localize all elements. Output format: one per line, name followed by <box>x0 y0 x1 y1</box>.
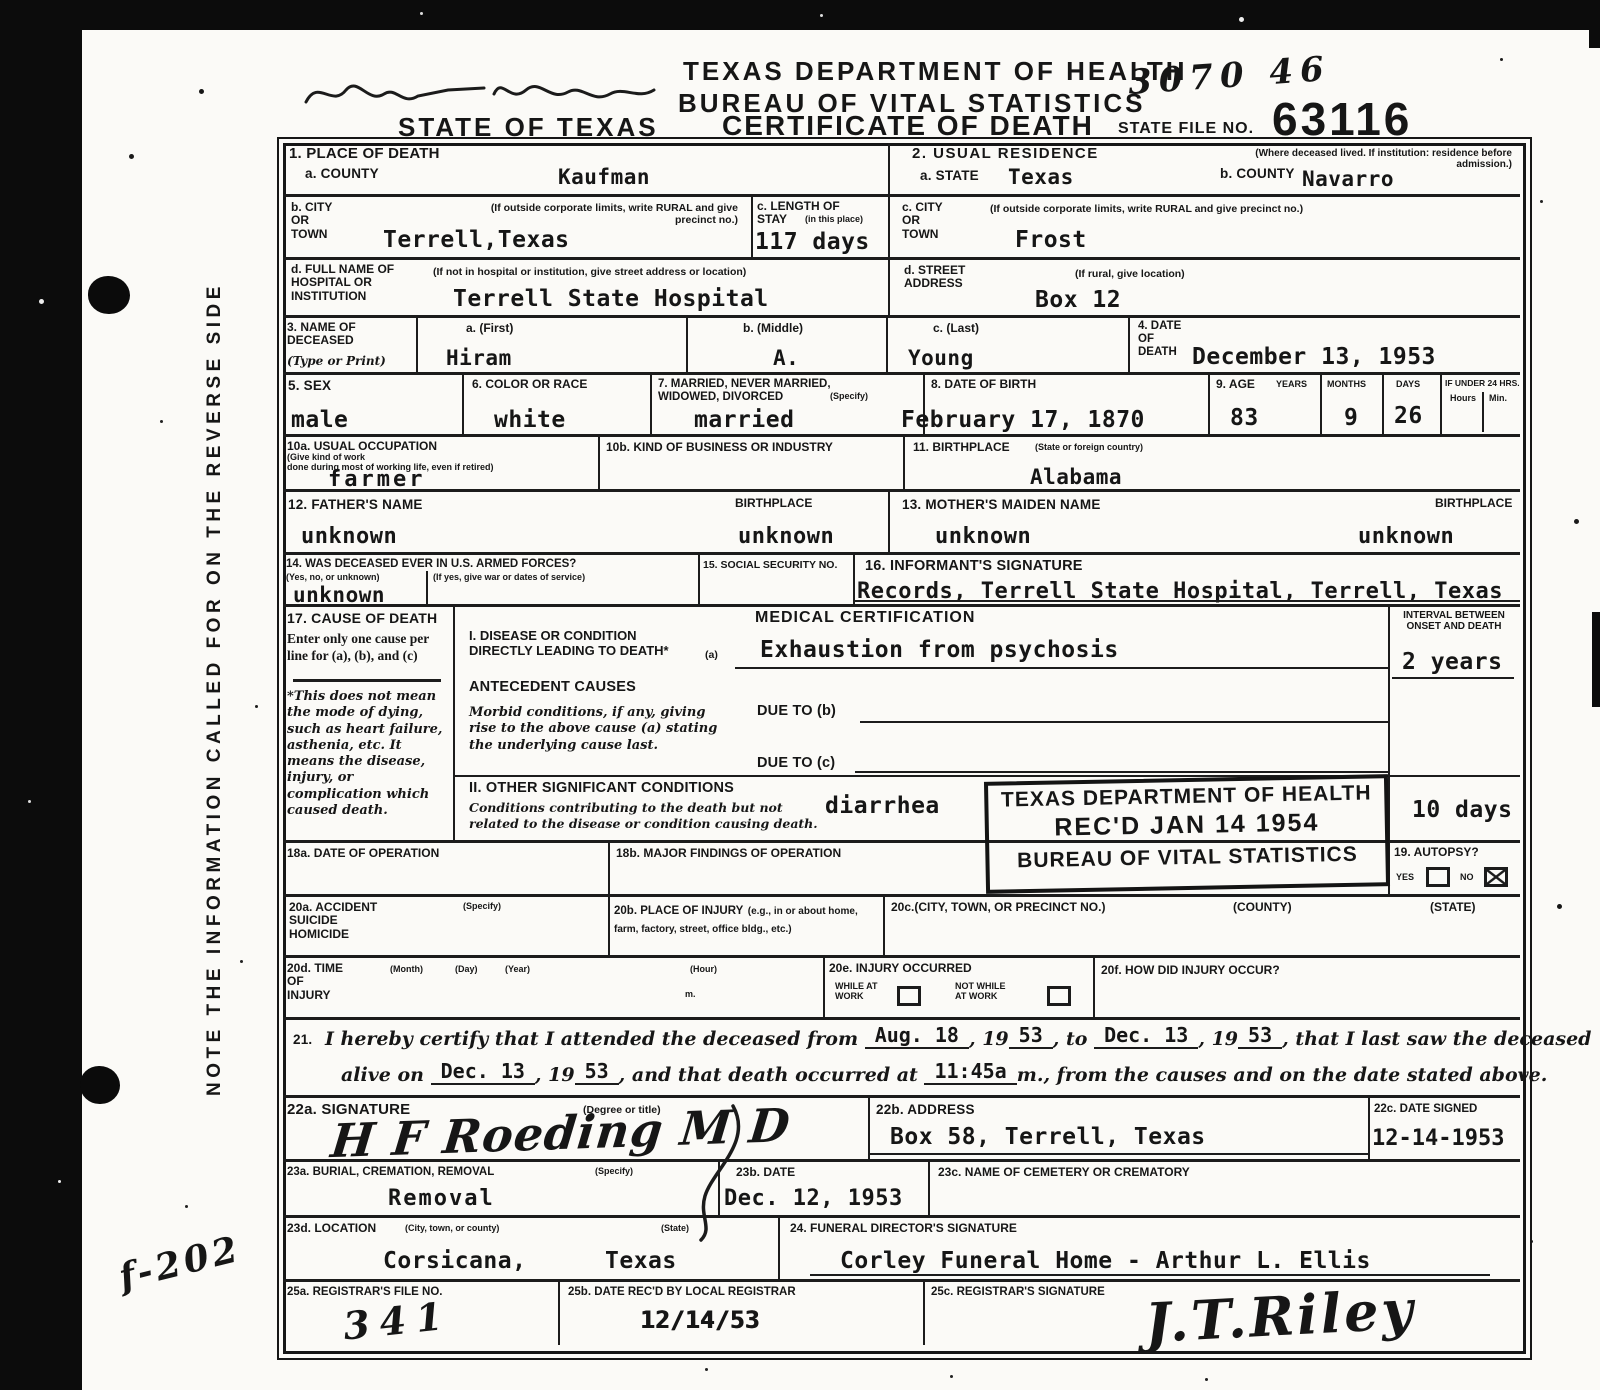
certify-text-7: , 19 <box>535 1064 575 1086</box>
field-date-of-birth: 8. DATE OF BIRTH February 17, 1870 <box>925 375 1210 437</box>
scan-edge-right-mid <box>1592 612 1600 707</box>
scan-edge-left <box>0 0 82 1390</box>
burial-label: 23a. BURIAL, CREMATION, REMOVAL <box>287 1166 494 1179</box>
field-cemetery-name: 23c. NAME OF CEMETERY OR CREMATORY <box>930 1162 1520 1218</box>
injury-state-label: (STATE) <box>1430 901 1476 914</box>
state-file-number: 63116 <box>1272 92 1412 146</box>
stamp-line2: REC'D JAN 14 1954 <box>989 807 1385 844</box>
disease-a-tag: (a) <box>705 649 718 661</box>
date-of-operation-label: 18a. DATE OF OPERATION <box>287 847 439 860</box>
field-date-of-operation: 18a. DATE OF OPERATION <box>283 843 610 897</box>
cause-divider <box>293 679 441 682</box>
antecedent-note: Morbid conditions, if any, giving rise t… <box>469 705 717 754</box>
field-burial-location: 23d. LOCATION (City, town, or county) (S… <box>283 1218 780 1282</box>
residence-city-label: c. CITY OR TOWN <box>902 201 943 241</box>
interval-label: INTERVAL BETWEEN ONSET AND DEATH <box>1390 610 1518 632</box>
city-note: (If outside corporate limits, write RURA… <box>378 202 738 226</box>
field-color-or-race: 6. COLOR OR RACE white <box>464 375 652 437</box>
father-birthplace-value: unknown <box>738 524 834 549</box>
field-industry: 10b. KIND OF BUSINESS OR INDUSTRY <box>600 437 905 492</box>
birthplace-label: 11. BIRTHPLACE <box>913 441 1010 454</box>
punch-hole-top <box>88 276 130 314</box>
birthplace-value: Alabama <box>1030 465 1122 489</box>
armed-forces-label: 14. WAS DECEASED EVER IN U.S. ARMED FORC… <box>286 558 576 571</box>
date-of-death-label: 4. DATE OF DEATH <box>1138 320 1181 359</box>
location-label: 23d. LOCATION <box>287 1222 376 1235</box>
armed-forces-note1: (Yes, no, or unknown) <box>286 573 380 583</box>
field-name-of-deceased: 3. NAME OF DECEASED (Type or Print) <box>283 318 418 375</box>
hospital-note: (If not in hospital or institution, give… <box>433 266 883 278</box>
location-state-value: Texas <box>605 1248 677 1274</box>
mother-birthplace-label: BIRTHPLACE <box>1435 497 1512 510</box>
due-to-b-label: DUE TO (b) <box>757 703 836 719</box>
interval-ii-value: 10 days <box>1412 797 1512 823</box>
certify-text-4: , 19 <box>1198 1028 1238 1050</box>
stamp-line3: BUREAU OF VITAL STATISTICS <box>989 842 1385 874</box>
certify-text-3: , to <box>1053 1028 1088 1050</box>
field-first-name: a. (First) Hiram <box>418 318 688 375</box>
field-burial-date: 23b. DATE Dec. 12, 1953 <box>720 1162 930 1218</box>
last-name-value: Young <box>908 346 974 370</box>
father-birthplace-label: BIRTHPLACE <box>735 497 812 510</box>
field-registrar-file-no: 25a. REGISTRAR'S FILE NO. 341 <box>283 1282 560 1345</box>
interval-a-value: 2 years <box>1402 649 1502 675</box>
state-label: a. STATE <box>920 168 979 183</box>
scan-edge-top <box>0 0 1600 30</box>
mothers-name-value: unknown <box>935 524 1031 549</box>
hours-label: Hours <box>1450 394 1476 404</box>
address-label: 22b. ADDRESS <box>876 1102 975 1117</box>
field-physician-signature: 22a. SIGNATURE (Degree or title) H F Roe… <box>283 1098 870 1162</box>
street-address-value: Box 12 <box>1035 287 1121 313</box>
funeral-director-value: Corley Funeral Home - Arthur L. Ellis <box>840 1248 1371 1274</box>
received-stamp: TEXAS DEPARTMENT OF HEALTH REC'D JAN 14 … <box>984 774 1390 894</box>
injury-year-label: (Year) <box>505 965 530 975</box>
residence-city-value: Frost <box>1015 227 1087 253</box>
field-fathers-name: 12. FATHER'S NAME BIRTHPLACE unknown unk… <box>283 492 890 555</box>
field-place-of-injury: 20b. PLACE OF INJURY (e.g., in or about … <box>610 897 885 958</box>
field-birthplace: 11. BIRTHPLACE (State or foreign country… <box>905 437 1520 492</box>
field-age-months: MONTHS 9 <box>1322 375 1384 437</box>
industry-label: 10b. KIND OF BUSINESS OR INDUSTRY <box>606 441 833 454</box>
dob-label: 8. DATE OF BIRTH <box>931 378 1036 391</box>
marital-value: married <box>694 407 794 433</box>
punch-hole-bottom <box>80 1066 120 1104</box>
mothers-name-label: 13. MOTHER'S MAIDEN NAME <box>902 497 1101 512</box>
date-received-value: 12/14/53 <box>640 1306 760 1334</box>
certify-number: 21. <box>293 1032 312 1047</box>
cause-note1: Enter only one cause per line for (a), (… <box>287 631 447 665</box>
field-length-of-stay: c. LENGTH OF STAY (in this place) 117 da… <box>753 197 890 260</box>
how-injury-label: 20f. HOW DID INJURY OCCUR? <box>1101 964 1280 977</box>
field-age-years: 9. AGE YEARS 83 <box>1210 375 1322 437</box>
field-interval-column: INTERVAL BETWEEN ONSET AND DEATH 2 years… <box>1390 607 1520 843</box>
field-occupation: 10a. USUAL OCCUPATION (Give kind of work… <box>283 437 600 492</box>
due-to-b-underline <box>860 721 1388 723</box>
field-registrar-signature: 25c. REGISTRAR'S SIGNATURE J.T.Riley <box>925 1282 1520 1345</box>
armed-forces-note2: (If yes, give war or dates of service) <box>433 573 693 583</box>
type-or-print-note: (Type or Print) <box>287 354 386 369</box>
certify-text-5: , that I last saw the deceased <box>1282 1028 1591 1050</box>
field-street-address: d. STREET ADDRESS (If rural, give locati… <box>890 260 1520 318</box>
not-while-at-work-label: NOT WHILE AT WORK <box>955 982 1006 1002</box>
race-value: white <box>494 407 566 433</box>
field-ssn: 15. SOCIAL SECURITY NO. <box>700 555 855 607</box>
interval-divider <box>1390 775 1520 777</box>
autopsy-no-checkbox-checked <box>1484 867 1508 887</box>
field-informant: 16. INFORMANT'S SIGNATURE Records, Terre… <box>855 555 1520 607</box>
field-funeral-director: 24. FUNERAL DIRECTOR'S SIGNATURE Corley … <box>780 1218 1520 1282</box>
field-burial-removal: 23a. BURIAL, CREMATION, REMOVAL (Specify… <box>283 1162 720 1218</box>
registrar-file-value: 341 <box>341 1292 454 1348</box>
field-time-of-injury: 20d. TIME OF INJURY (Month) (Day) (Year)… <box>283 958 825 1020</box>
mother-birthplace-value: unknown <box>1358 524 1454 549</box>
marital-note: (Specify) <box>830 392 868 402</box>
interval-a-underline <box>1392 677 1514 679</box>
field-city-of-death: b. CITY OR TOWN (If outside corporate li… <box>283 197 753 260</box>
date-of-death-value: December 13, 1953 <box>1192 344 1436 370</box>
city-label: b. CITY OR TOWN <box>291 201 332 241</box>
residence-county-label: b. COUNTY <box>1220 166 1295 181</box>
field-marital-status: 7. MARRIED, NEVER MARRIED, WIDOWED, DIVO… <box>652 375 925 437</box>
informant-underline <box>855 600 1520 602</box>
field-age-under-24h: IF UNDER 24 HRS. Hours Min. <box>1442 375 1520 437</box>
funeral-director-underline <box>810 1274 1490 1276</box>
certify-text-6: alive on <box>341 1064 424 1086</box>
under24-divider <box>1482 392 1484 432</box>
burial-note: (Specify) <box>595 1167 633 1177</box>
first-name-label: a. (First) <box>466 322 513 336</box>
middle-name-label: b. (Middle) <box>743 322 803 336</box>
county-label: a. COUNTY <box>305 166 379 181</box>
autopsy-label: 19. AUTOPSY? <box>1394 846 1479 859</box>
accident-label: 20a. ACCIDENT SUICIDE HOMICIDE <box>289 901 377 941</box>
middle-name-value: A. <box>773 346 799 370</box>
date-received-label: 25b. DATE REC'D BY LOCAL REGISTRAR <box>568 1286 796 1299</box>
field-hospital-name: d. FULL NAME OF HOSPITAL OR INSTITUTION … <box>283 260 890 318</box>
medical-certification-title: MEDICAL CERTIFICATION <box>755 609 975 627</box>
while-at-work-checkbox <box>897 986 921 1006</box>
length-of-stay-note: (in this place) <box>805 215 863 225</box>
field-injury-city: 20c.(CITY, TOWN, OR PRECINCT NO.) (COUNT… <box>885 897 1520 958</box>
place-of-injury-label: 20b. PLACE OF INJURY <box>614 905 743 917</box>
date-signed-label: 22c. DATE SIGNED <box>1374 1103 1477 1116</box>
certify-text-2: , 19 <box>969 1028 1009 1050</box>
field-date-of-death: 4. DATE OF DEATH December 13, 1953 <box>1130 318 1520 375</box>
certify-text-8: , and that death occurred at <box>619 1064 918 1086</box>
field-physician-address: 22b. ADDRESS Box 58, Terrell, Texas <box>870 1098 1370 1162</box>
place-of-death-label: 1. PLACE OF DEATH <box>289 146 440 163</box>
injury-county-label: (COUNTY) <box>1233 901 1292 914</box>
header-department: TEXAS DEPARTMENT OF HEALTH <box>683 56 1188 87</box>
certify-blank-from: Aug. 18 <box>865 1025 969 1049</box>
registrar-signature-label: 25c. REGISTRAR'S SIGNATURE <box>931 1286 1105 1299</box>
time-of-injury-label: 20d. TIME OF INJURY <box>287 962 343 1002</box>
funeral-director-label: 24. FUNERAL DIRECTOR'S SIGNATURE <box>790 1222 1017 1235</box>
field-armed-forces: 14. WAS DECEASED EVER IN U.S. ARMED FORC… <box>283 555 700 607</box>
residence-city-note: (If outside corporate limits, write RURA… <box>990 203 1480 215</box>
injury-occurred-label: 20e. INJURY OCCURRED <box>829 962 972 975</box>
occupation-value: farmer <box>328 467 425 492</box>
field-autopsy: 19. AUTOPSY? YES NO <box>1390 843 1520 897</box>
name-label: 3. NAME OF DECEASED <box>287 321 356 348</box>
ssn-label: 15. SOCIAL SECURITY NO. <box>703 559 851 571</box>
field-cause-of-death-column: 17. CAUSE OF DEATH Enter only one cause … <box>283 607 455 843</box>
other-conditions-label: II. OTHER SIGNIFICANT CONDITIONS <box>469 780 734 796</box>
death-certificate-scan: NOTE THE INFORMATION CALLED FOR ON THE R… <box>0 0 1600 1390</box>
last-name-label: c. (Last) <box>933 322 979 336</box>
address-value: Box 58, Terrell, Texas <box>890 1124 1206 1150</box>
burial-date-value: Dec. 12, 1953 <box>724 1186 903 1211</box>
disease-underline <box>735 667 1388 669</box>
age-days-label: DAYS <box>1396 380 1420 390</box>
reverse-side-note: NOTE THE INFORMATION CALLED FOR ON THE R… <box>204 328 240 1096</box>
field-how-injury-occurred: 20f. HOW DID INJURY OCCUR? <box>1095 958 1520 1020</box>
location-city-value: Corsicana, <box>383 1248 526 1274</box>
location-state-note: (State) <box>661 1224 689 1234</box>
major-findings-label: 18b. MAJOR FINDINGS OF OPERATION <box>616 847 841 860</box>
accident-note: (Specify) <box>463 902 501 912</box>
certify-blank-time: 11:45a <box>924 1061 1016 1085</box>
injury-m-label: m. <box>685 990 696 1000</box>
injury-hour-label: (Hour) <box>690 965 717 975</box>
location-note: (City, town, or county) <box>405 1224 499 1234</box>
under-24-label: IF UNDER 24 HRS. <box>1445 379 1520 388</box>
handwritten-margin-code: f-202 <box>115 1228 246 1299</box>
disease-label: I. DISEASE OR CONDITION DIRECTLY LEADING… <box>469 629 669 658</box>
state-file-no-label: STATE FILE NO. <box>1118 120 1254 138</box>
cemetery-label: 23c. NAME OF CEMETERY OR CREMATORY <box>938 1166 1190 1179</box>
city-value: Terrell,Texas <box>383 227 570 253</box>
certify-blank-year1: 53 <box>1009 1025 1053 1049</box>
fathers-name-label: 12. FATHER'S NAME <box>288 497 423 512</box>
field-date-signed: 22c. DATE SIGNED 12-14-1953 <box>1370 1098 1520 1162</box>
age-label: 9. AGE <box>1216 378 1255 391</box>
first-name-value: Hiram <box>446 346 512 370</box>
due-to-c-underline <box>855 771 1388 773</box>
usual-residence-label: 2. USUAL RESIDENCE <box>912 146 1099 163</box>
sex-value: male <box>291 407 348 433</box>
age-years-label: YEARS <box>1276 380 1307 390</box>
other-conditions-note: Conditions contributing to the death but… <box>469 800 818 831</box>
antecedent-label: ANTECEDENT CAUSES <box>469 679 636 695</box>
state-value: Texas <box>1008 165 1074 189</box>
date-signed-value: 12-14-1953 <box>1372 1126 1504 1151</box>
sex-label: 5. SEX <box>288 378 331 393</box>
not-while-at-work-checkbox <box>1047 986 1071 1006</box>
certificate-title: CERTIFICATE OF DEATH <box>722 110 1094 142</box>
field-certification-statement: 21. I hereby certify that I attended the… <box>283 1020 1520 1098</box>
hospital-label: d. FULL NAME OF HOSPITAL OR INSTITUTION <box>291 263 394 303</box>
informant-label: 16. INFORMANT'S SIGNATURE <box>865 558 1083 574</box>
armed-forces-value: unknown <box>293 583 385 607</box>
race-label: 6. COLOR OR RACE <box>472 378 587 391</box>
certify-text-9: m., from the causes and on the date stat… <box>1017 1064 1548 1086</box>
age-months-label: MONTHS <box>1327 380 1366 390</box>
field-age-days: DAYS 26 <box>1384 375 1442 437</box>
armed-forces-divider <box>426 571 428 605</box>
field-usual-residence: 2. USUAL RESIDENCE (Where deceased lived… <box>890 143 1520 197</box>
field-accident-suicide-homicide: 20a. ACCIDENT SUICIDE HOMICIDE (Specify) <box>283 897 610 958</box>
autopsy-no-label: NO <box>1460 873 1474 883</box>
scan-speckles-light <box>0 0 3 3</box>
certify-blank-year2: 53 <box>1238 1025 1282 1049</box>
other-conditions-value: diarrhea <box>825 793 940 819</box>
county-value: Kaufman <box>558 165 650 189</box>
while-at-work-label: WHILE AT WORK <box>835 982 878 1002</box>
street-address-label: d. STREET ADDRESS <box>904 264 965 291</box>
certify-blank-year3: 53 <box>575 1061 619 1085</box>
disease-value: Exhaustion from psychosis <box>760 637 1119 663</box>
marital-label: 7. MARRIED, NEVER MARRIED, WIDOWED, DIVO… <box>658 378 831 404</box>
field-sex: 5. SEX male <box>283 375 464 437</box>
field-mothers-name: 13. MOTHER'S MAIDEN NAME BIRTHPLACE unkn… <box>890 492 1520 555</box>
certify-blank-to: Dec. 13 <box>1094 1025 1198 1049</box>
field-date-received: 25b. DATE REC'D BY LOCAL REGISTRAR 12/14… <box>560 1282 925 1345</box>
burial-value: Removal <box>388 1186 495 1211</box>
field-middle-name: b. (Middle) A. <box>688 318 888 375</box>
address-underline <box>870 1153 1368 1155</box>
field-last-name: c. (Last) Young <box>888 318 1130 375</box>
due-to-c-label: DUE TO (c) <box>757 755 835 771</box>
residence-county-value: Navarro <box>1302 167 1394 191</box>
autopsy-yes-checkbox <box>1426 867 1450 887</box>
autopsy-yes-label: YES <box>1396 873 1414 883</box>
cause-of-death-label: 17. CAUSE OF DEATH <box>287 611 437 627</box>
header-state: STATE OF TEXAS <box>398 112 659 143</box>
cause-note2: *This does not mean the mode of dying, s… <box>287 689 449 819</box>
age-months-value: 9 <box>1344 405 1358 431</box>
field-residence-city: c. CITY OR TOWN (If outside corporate li… <box>890 197 1520 260</box>
registrar-signature-script: J.T.Riley <box>1144 1277 1418 1355</box>
injury-city-label: 20c.(CITY, TOWN, OR PRECINCT NO.) <box>891 901 1105 914</box>
hospital-value: Terrell State Hospital <box>453 286 769 312</box>
fathers-name-value: unknown <box>301 524 397 549</box>
scan-edge-right-top <box>1589 0 1600 48</box>
minutes-label: Min. <box>1489 394 1507 404</box>
age-years-value: 83 <box>1230 405 1259 431</box>
field-injury-occurred: 20e. INJURY OCCURRED WHILE AT WORK NOT W… <box>825 958 1095 1020</box>
certify-blank-alive: Dec. 13 <box>431 1061 535 1085</box>
birthplace-note: (State or foreign country) <box>1035 443 1143 453</box>
street-address-note: (If rural, give location) <box>1075 268 1185 280</box>
length-of-stay-value: 117 days <box>755 229 870 255</box>
injury-month-label: (Month) <box>390 965 423 975</box>
certify-text-1: I hereby certify that I attended the dec… <box>325 1028 858 1050</box>
injury-day-label: (Day) <box>455 965 478 975</box>
age-days-value: 26 <box>1394 403 1423 429</box>
field-place-of-death: 1. PLACE OF DEATH a. COUNTY Kaufman <box>283 143 890 197</box>
dob-value: February 17, 1870 <box>901 407 1145 433</box>
burial-date-label: 23b. DATE <box>736 1166 795 1179</box>
